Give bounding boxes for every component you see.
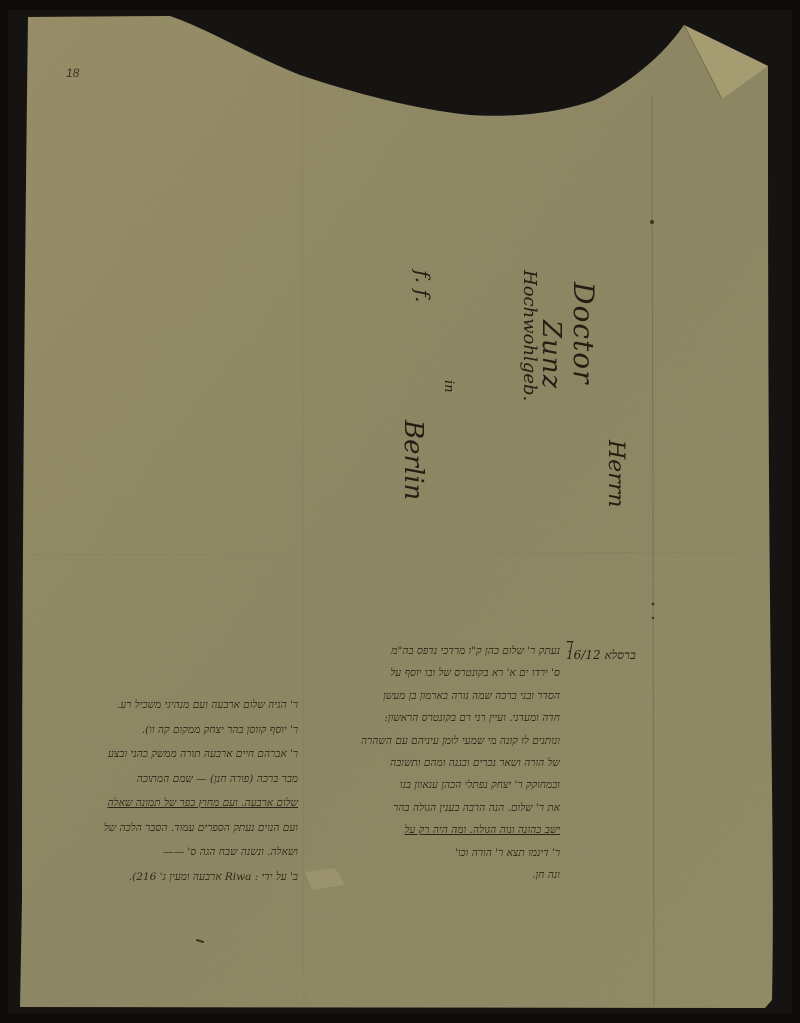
hebrew-annotation-left: ר' הגיה שלום ארבעה ועם מנהיגי משכיל רע. … — [48, 693, 298, 889]
annotation-line: שלום ארבעה. ועם מחוץ כפר של תמונה שאלה — [48, 791, 298, 816]
annotation-line: את ר' שלום. הנה הרבה בענין הגולה בהר — [296, 797, 560, 819]
hebrew-annotation-main: ד נעתק ר' שלום כהן ק"ו מרדכי נדפס בה"מ ס… — [296, 640, 560, 886]
annotation-line: ישב כהונה ונוה הגולה. ומה היה רק על — [296, 819, 560, 841]
annotation-line: ס' ירדו ים א' רא בקונטרס של ובו יוסף על — [296, 662, 560, 684]
annotation-line: של הורה ושאר נכרים ובגנה ומהם ותשובה — [296, 752, 560, 774]
annotation-line: מבר ברכה (פורה חנן) — שמם המתוכה — [48, 767, 298, 792]
address-preposition: in — [441, 380, 456, 393]
address-block: Herrn Doctor Zunz Hochwohlgeb. in Berlin… — [330, 260, 630, 560]
annotation-line: חדה ומעדני. ועיין רני רם בקונטרס הראשון: — [296, 707, 560, 729]
address-title: Doctor — [567, 282, 600, 384]
annotation-line: ועם הנוים נעתק הספרים עמוד. הסבר הלכה של — [48, 816, 298, 841]
annotation-line: נעתק ר' שלום כהן ק"ו מרדכי נדפס בה"מ — [296, 640, 560, 662]
annotation-line: ושאלה. ונשנה שבח הגה ס' —— — [48, 840, 298, 865]
annotation-line: ר' יוסף קווסן בהר יצחק ממקום קה וו). — [48, 718, 298, 743]
annotation-line: הסדר ובני ברכה שמה גורה בארמון בן מעשן — [296, 685, 560, 707]
annotation-line: ובמחוקק ר' יצחק נפתלי הכהן ענאוון בנו — [296, 774, 560, 796]
annotation-line: ר' אברהם חיים ארבעה תורה ממשק כהני ובצע — [48, 742, 298, 767]
address-city: Berlin — [398, 420, 428, 500]
address-honorific: Hochwohlgeb. — [519, 270, 540, 401]
page-number: 18 — [66, 66, 79, 80]
address-postmark-abbrev: f. f. — [411, 270, 435, 302]
annotation-line: ר' דינמו תצא ר' הורה וכו' — [296, 842, 560, 864]
date-annotation: ברסלא 16/12 — [566, 648, 636, 663]
scan-frame: 18 Herrn Doctor Zunz Hochwohlgeb. in Ber… — [0, 0, 800, 1023]
annotation-line: ונה חן. — [296, 864, 560, 886]
address-salutation: Herrn — [603, 440, 628, 507]
annotation-line: ונותנים לו קונה מי שמעי לומן עיניהם עם ה… — [296, 730, 560, 752]
annotation-line: ב' על ידי : Riwa ארבעה ומעין ג' 216). — [48, 865, 298, 890]
annotation-line: ר' הגיה שלום ארבעה ועם מנהיגי משכיל רע. — [48, 693, 298, 718]
address-name: Zunz — [536, 320, 566, 389]
